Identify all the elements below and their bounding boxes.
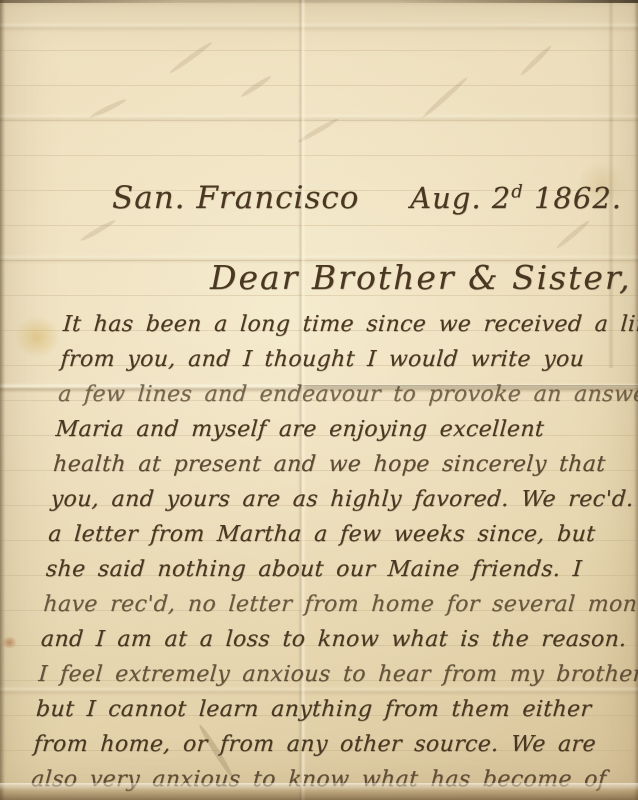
letter-line: I feel extremely anxious to hear from my… xyxy=(37,657,638,692)
dateline-place: San. Francisco xyxy=(112,180,359,216)
letter-salutation: Dear Brother & Sister, xyxy=(210,258,632,297)
letter-line: you, and yours are as highly favored. We… xyxy=(50,482,638,517)
scan-edge-top xyxy=(0,0,638,3)
paper-bottom-fold xyxy=(0,783,638,800)
letter-line: from you, and I thought I would write yo… xyxy=(59,342,638,377)
letter-line: a letter from Martha a few weeks since, … xyxy=(47,517,638,552)
letter-line: Maria and myself are enjoying excellent xyxy=(54,412,638,447)
letter-dateline: San. Francisco Aug. 2d 1862. xyxy=(0,180,638,216)
letter-line: but I cannot learn anything from them ei… xyxy=(35,692,638,727)
scan-edge-left xyxy=(0,0,5,800)
letter-line: have rec'd, no letter from home for seve… xyxy=(42,587,638,622)
dateline-date-prefix: Aug. 2 xyxy=(410,181,511,215)
dateline-date: Aug. 2d 1862. xyxy=(410,181,622,215)
letter-line: a few lines and endeavour to provoke an … xyxy=(57,377,638,412)
dateline-date-year: 1862. xyxy=(524,181,622,215)
scan-edge-right xyxy=(634,0,638,800)
letter-line: she said nothing about our Maine friends… xyxy=(45,552,638,587)
letter-line: It has been a long time since we receive… xyxy=(62,307,638,342)
paper-stain xyxy=(14,316,60,358)
letter-line: and I am at a loss to know what is the r… xyxy=(40,622,638,657)
letter-line: from home, or from any other source. We … xyxy=(32,727,638,762)
fold-crease-horizontal xyxy=(0,22,638,32)
letter-line: health at present and we hope sincerely … xyxy=(52,447,638,482)
dateline-date-ordinal: d xyxy=(511,181,524,202)
letter-scan-page: San. Francisco Aug. 2d 1862. Dear Brothe… xyxy=(0,0,638,800)
letter-body: It has been a long time since we receive… xyxy=(30,307,638,797)
fold-crease-horizontal xyxy=(0,113,638,123)
